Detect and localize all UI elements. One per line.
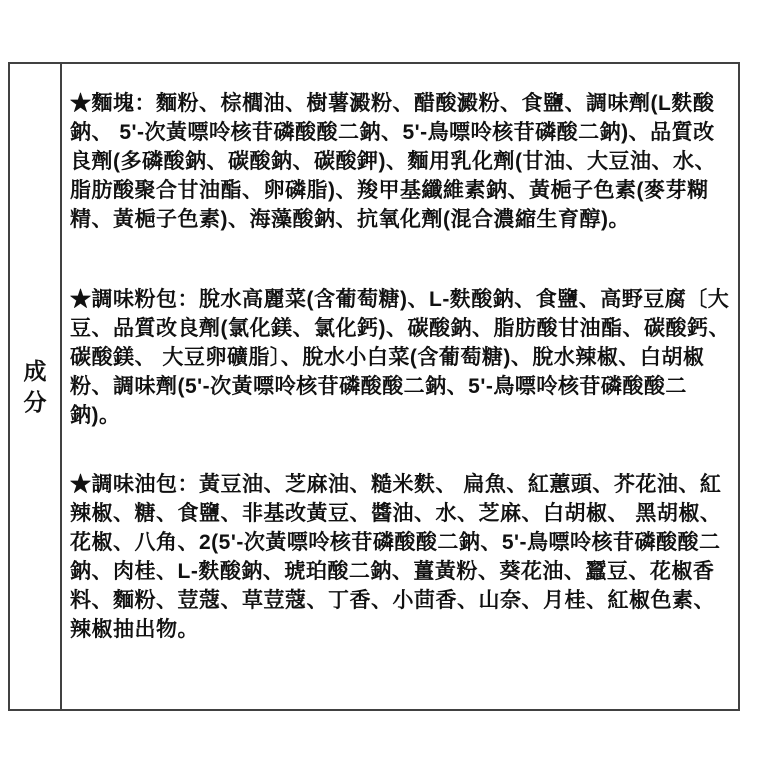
- ingredients-table: 成 分 ★麵塊：麵粉、棕櫚油、樹薯澱粉、醋酸澱粉、食鹽、調味劑(L麩酸鈉、 5'…: [8, 62, 740, 711]
- row-label-char-fen: 分: [24, 391, 47, 414]
- ingredients-page: 成 分 ★麵塊：麵粉、棕櫚油、樹薯澱粉、醋酸澱粉、食鹽、調味劑(L麩酸鈉、 5'…: [0, 0, 780, 780]
- row-label-char-cheng: 成: [24, 360, 47, 383]
- row-header-cell: 成 分: [10, 64, 62, 709]
- ingredient-paragraph-noodle-block: ★麵塊：麵粉、棕櫚油、樹薯澱粉、醋酸澱粉、食鹽、調味劑(L麩酸鈉、 5'-次黃嘌…: [70, 89, 732, 234]
- ingredients-content-cell: ★麵塊：麵粉、棕櫚油、樹薯澱粉、醋酸澱粉、食鹽、調味劑(L麩酸鈉、 5'-次黃嘌…: [62, 64, 738, 709]
- ingredient-paragraph-seasoning-oil: ★調味油包：黃豆油、芝麻油、糙米麩、 扁魚、紅蕙頭、芥花油、紅辣椒、糖、食鹽、非…: [70, 470, 732, 644]
- ingredient-paragraph-seasoning-powder: ★調味粉包：脫水高麗菜(含葡萄糖)、L-麩酸鈉、食鹽、高野豆腐〔大豆、品質改良劑…: [70, 285, 732, 430]
